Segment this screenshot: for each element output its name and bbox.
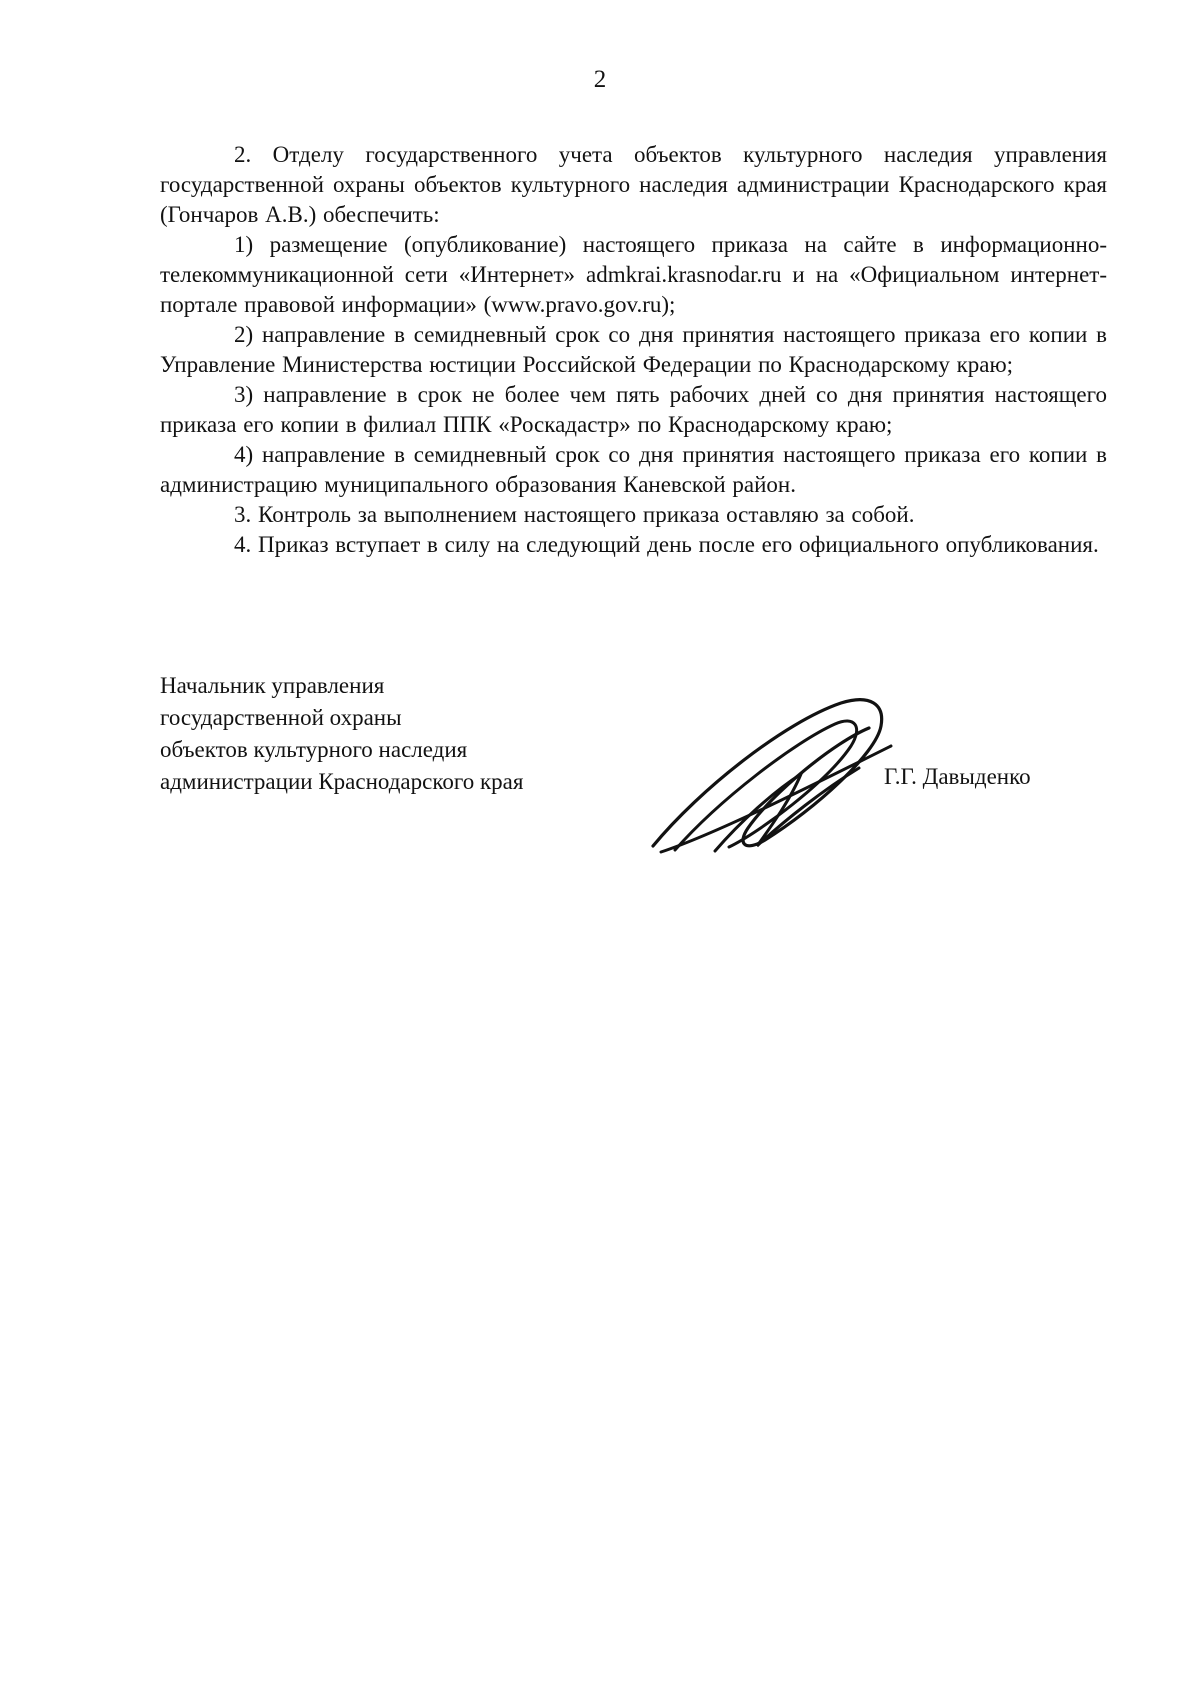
document-body: 2. Отделу государственного учета объекто…	[160, 140, 1107, 560]
document-paragraph: 3) направление в срок не более чем пять …	[160, 380, 1107, 440]
document-paragraph: 3. Контроль за выполнением настоящего пр…	[160, 500, 1107, 530]
page-number: 2	[0, 0, 1200, 94]
signature-area: Начальник управления государственной охр…	[0, 642, 1200, 942]
signee-position-block: Начальник управления государственной охр…	[160, 670, 630, 798]
document-paragraph: 2) направление в семидневный срок со дня…	[160, 320, 1107, 380]
signee-position-line: государственной охраны	[160, 702, 630, 734]
signee-position-line: администрации Краснодарского края	[160, 766, 630, 798]
document-paragraph: 1) размещение (опубликование) настоящего…	[160, 230, 1107, 320]
document-paragraph: 4) направление в семидневный срок со дня…	[160, 440, 1107, 500]
document-paragraph: 2. Отделу государственного учета объекто…	[160, 140, 1107, 230]
signee-name: Г.Г. Давыденко	[884, 762, 1031, 792]
signee-position-line: Начальник управления	[160, 670, 630, 702]
signee-position-line: объектов культурного наследия	[160, 734, 630, 766]
handwritten-signature-icon	[645, 694, 893, 856]
document-paragraph: 4. Приказ вступает в силу на следующий д…	[160, 530, 1107, 560]
document-page: 2 2. Отделу государственного учета объек…	[0, 0, 1200, 1699]
